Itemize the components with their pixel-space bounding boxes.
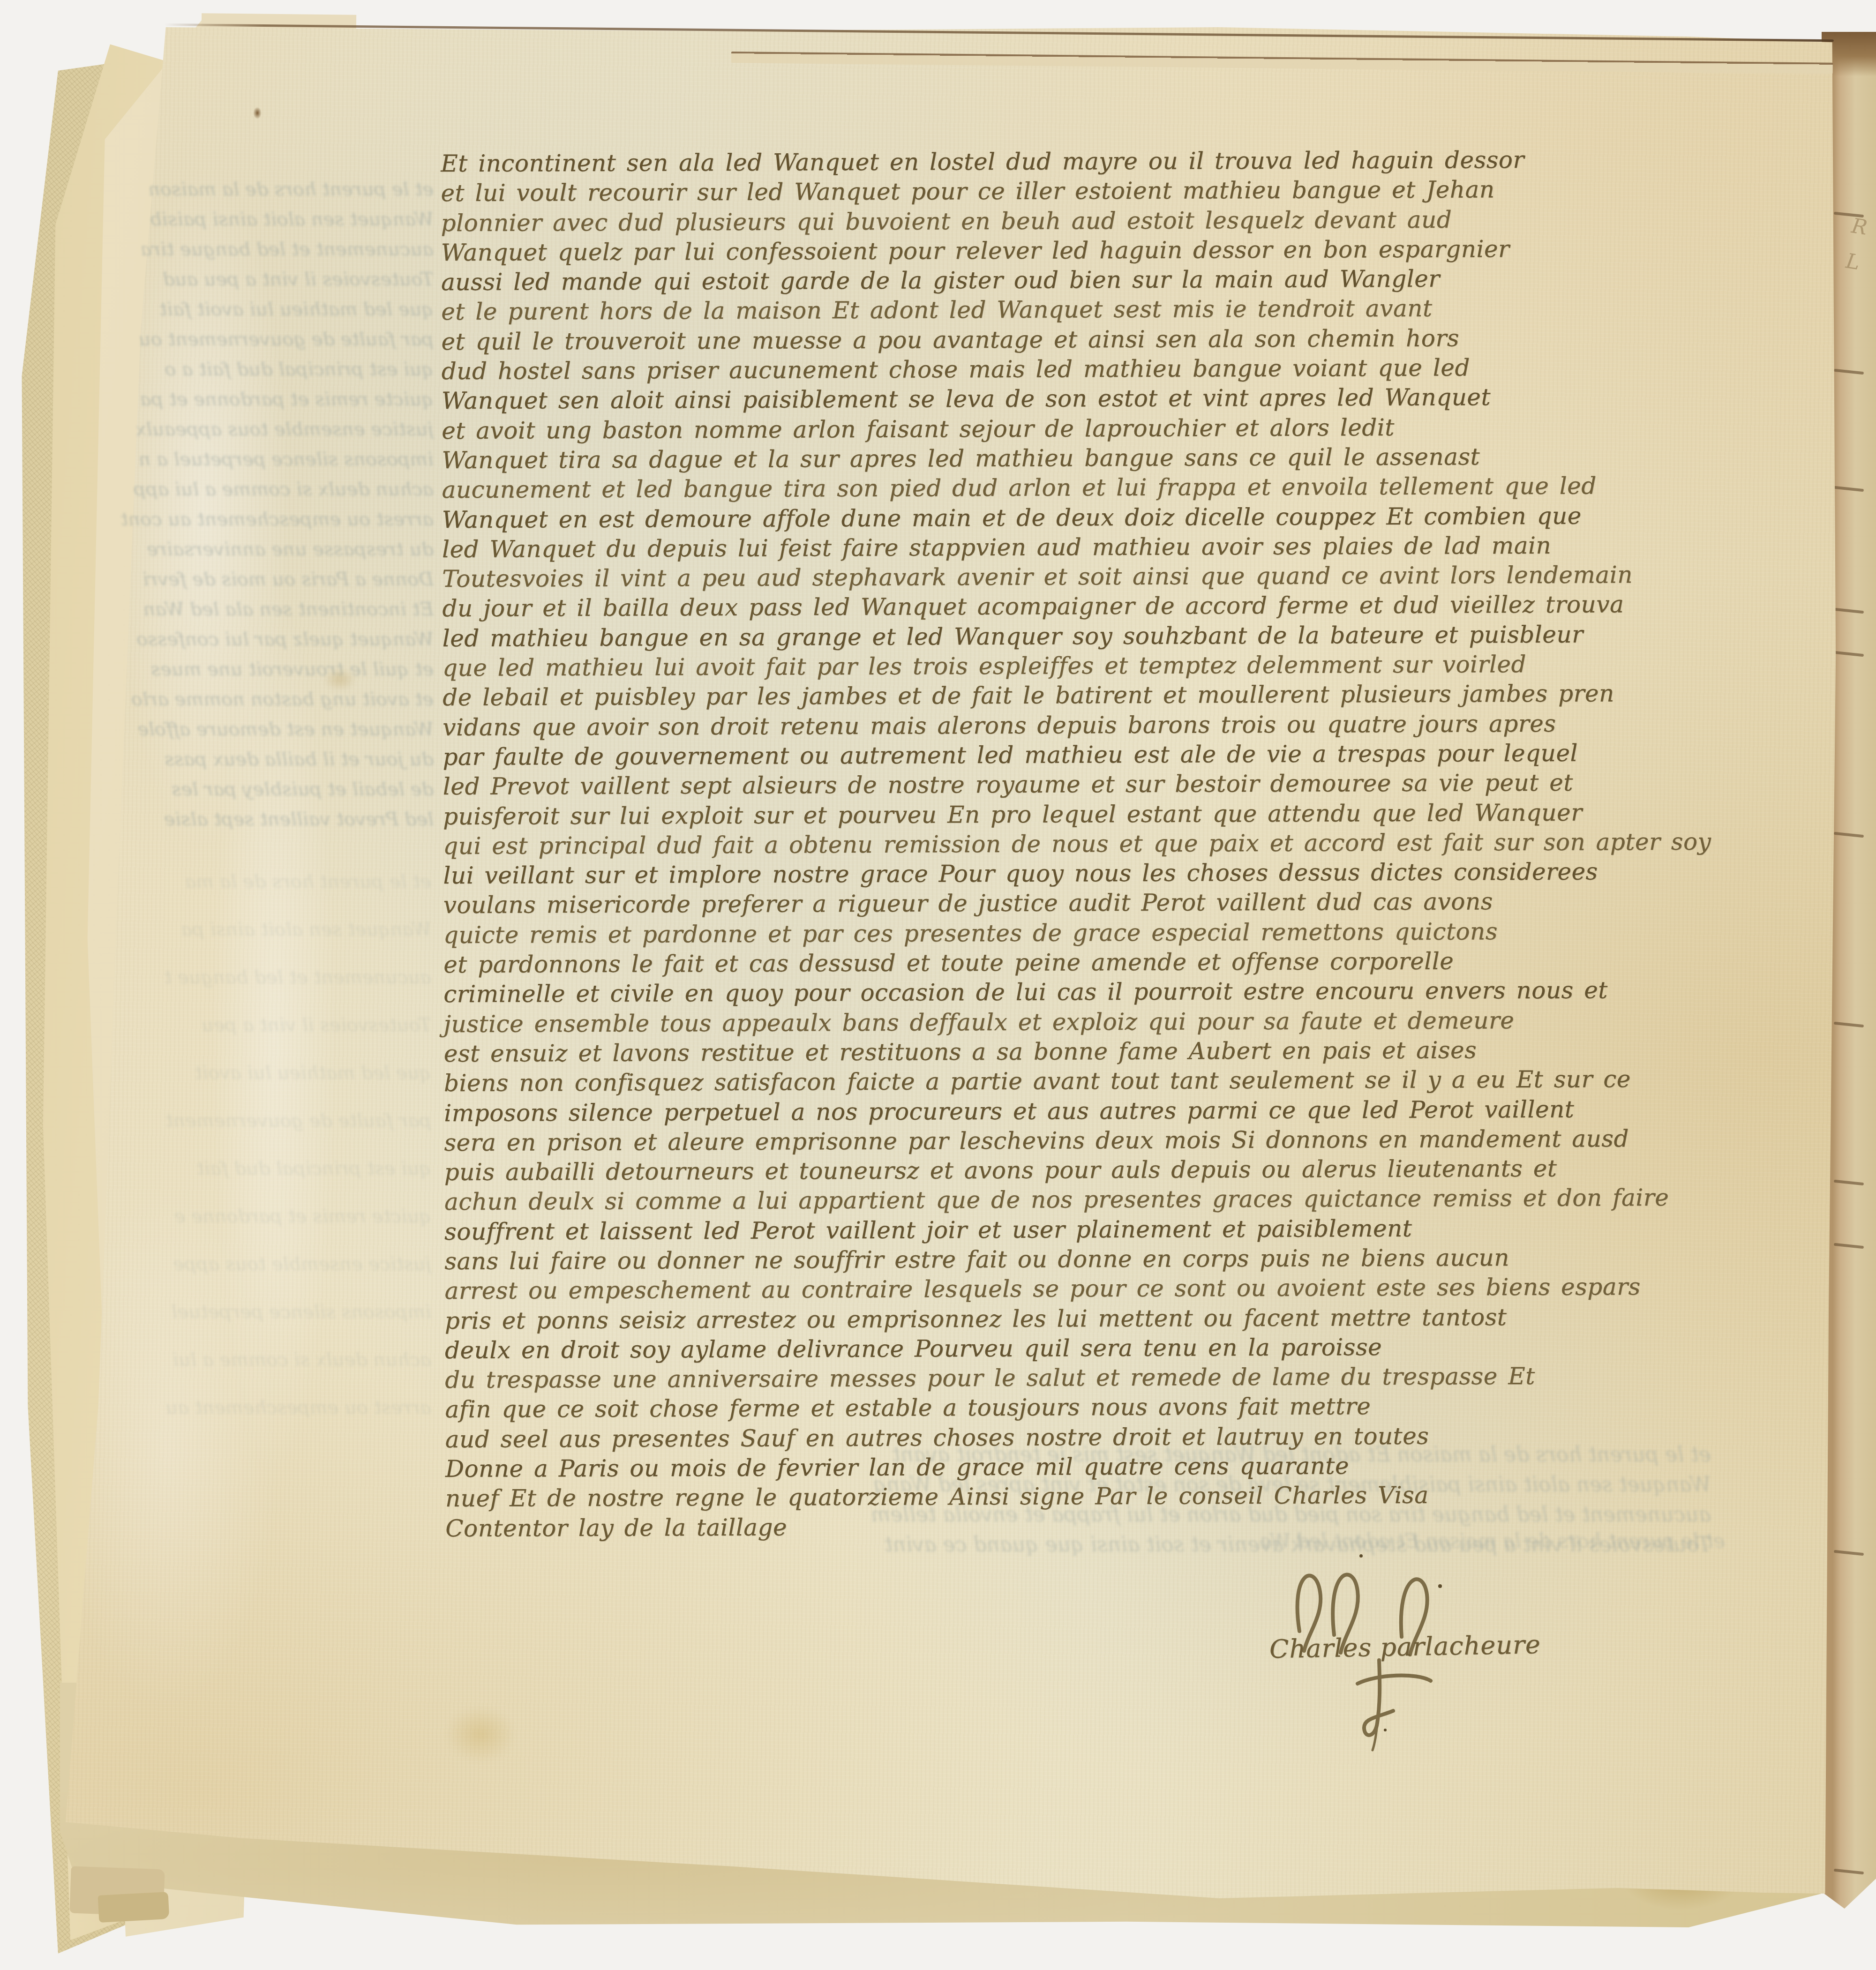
- showthrough-line: du jour et il bailla deux pass: [110, 744, 434, 774]
- signature-paraph-icon: [1358, 1676, 1431, 1684]
- ink-stain: [253, 107, 262, 119]
- manuscript-text-line: que led mathieu lui avoit fait par les t…: [443, 649, 1703, 683]
- showthrough-line: et quil le trouveroit une mues: [110, 654, 434, 684]
- stitch-slit: [1834, 608, 1864, 614]
- showthrough-line: Et incontinent sen ala led Wan: [110, 594, 434, 624]
- manuscript-text-line: et le purent hors de la maison Et adont …: [441, 293, 1702, 327]
- manuscript-text-line: et lui voult recourir sur led Wanquet po…: [441, 174, 1702, 209]
- showthrough-line: et avoit ung baston nomme arlo: [110, 684, 434, 714]
- showthrough-line: que led mathieu lui avoit fait: [110, 294, 434, 324]
- manuscript-text-line: Wanquet tira sa dague et la sur apres le…: [442, 442, 1703, 476]
- showthrough-line: justice ensemble tous appeaulx: [110, 414, 434, 444]
- stitch-slit: [1834, 1550, 1864, 1556]
- scan-background: { "colors": { "scan_background": "#f3f2e…: [0, 0, 1876, 1970]
- showthrough-line: arrest ou empeschement au: [131, 1384, 431, 1431]
- showthrough-line: quicte remis et pardonne et pa: [110, 384, 434, 414]
- showthrough-line: imposons silence perpetuel: [131, 1288, 431, 1336]
- manuscript-text-line: aucunement et led bangue tira son pied d…: [442, 471, 1703, 505]
- manuscript-text-line: criminelle et civile en quoy pour occasi…: [443, 975, 1704, 1010]
- manuscript-text-line: vidans que avoir son droit retenu mais a…: [443, 708, 1703, 742]
- manuscript-text-line: dud hostel sans priser aucunement chose …: [442, 352, 1703, 387]
- showthrough-line: par faulte de gouvernement ou: [110, 324, 434, 354]
- showthrough-line: qui est principal dud fait: [131, 1145, 431, 1192]
- stitch-slit: [1834, 1869, 1864, 1875]
- manuscript-text-line: aud seel aus presentes Sauf en autres ch…: [445, 1420, 1706, 1454]
- manuscript-text-line: biens non confisquez satisfacon faicte a…: [444, 1064, 1705, 1099]
- manuscript-text-line: Et incontinent sen ala led Wanquet en lo…: [441, 145, 1702, 179]
- parchment-stain: [323, 668, 356, 691]
- signature-name: Charles parlacheure: [1269, 1630, 1541, 1664]
- manuscript-text-line: et pardonnons le fait et cas dessusd et …: [443, 946, 1704, 980]
- manuscript-text-line: de lebail et puisbley par les jambes et …: [443, 679, 1703, 713]
- manuscript-text-line: afin que ce soit chose ferme et estable …: [445, 1391, 1706, 1425]
- showthrough-line: led Prevot vaillent sept alsie: [110, 804, 434, 834]
- manuscript-text-line: Wanquet sen aloit ainsi paisiblement se …: [442, 382, 1703, 416]
- manuscript-text-line: sans lui faire ou donner ne souffrir est…: [444, 1243, 1705, 1277]
- manuscript-text-line: Wanquet en est demoure affole dune main …: [442, 501, 1703, 535]
- manuscript-text-line: led Prevot vaillent sept alsieurs de nos…: [443, 768, 1704, 802]
- manuscript-text-line: imposons silence perpetuel a nos procure…: [444, 1094, 1705, 1128]
- showthrough-text-left-lower: et le purent hors de la maWanquet sen al…: [131, 858, 431, 1431]
- manuscript-text-line: plonnier avec dud plusieurs qui buvoient…: [441, 204, 1702, 238]
- stitch-slit: [1834, 1243, 1864, 1249]
- manuscript-text-line: du jour et il bailla deux pass led Wanqu…: [442, 590, 1703, 624]
- manuscript-text-line: sera en prison et aleure emprisonne par …: [444, 1124, 1705, 1158]
- showthrough-line: Wanquet en est demoure affole: [110, 714, 434, 744]
- manuscript-text-line: puis aubailli detourneurs et touneursz e…: [444, 1154, 1705, 1188]
- showthrough-line: et le purent hors de la ma: [131, 858, 431, 906]
- showthrough-line: du trespasse une anniversaire: [110, 534, 434, 564]
- showthrough-line: achun deulx si comme a lui: [131, 1336, 431, 1384]
- manuscript-text-line: par faulte de gouvernement ou autrement …: [443, 738, 1703, 772]
- parchment-stain: [445, 1706, 516, 1762]
- manuscript-text-line: led mathieu bangue en sa grange et led W…: [443, 619, 1703, 653]
- manuscript-text-line: nuef Et de nostre regne le quatorzieme A…: [445, 1480, 1706, 1514]
- gutter-margin-letters: R L: [1843, 208, 1870, 281]
- manuscript-text-line: Wanquet quelz par lui confessoient pour …: [441, 233, 1702, 268]
- manuscript-text-line: led Wanquet du depuis lui feist faire st…: [442, 530, 1703, 564]
- manuscript-text-line: souffrent et laissent led Perot vaillent…: [444, 1213, 1705, 1247]
- showthrough-line: Toutesvoies il vint a peu aud: [110, 264, 434, 294]
- manuscript-text-line: du trespasse une anniversaire messes pou…: [445, 1361, 1706, 1395]
- manuscript-text-line: Donne a Paris ou mois de fevrier lan de …: [445, 1450, 1706, 1484]
- stitch-slit: [1834, 651, 1864, 657]
- showthrough-line: Wanquet sen aloit ainsi paisib: [110, 204, 434, 234]
- manuscript-text-line: justice ensemble tous appeaulx bans deff…: [443, 1005, 1704, 1039]
- manuscript-text-line: Contentor lay de la taillage: [445, 1509, 1706, 1543]
- stitch-slit: [1834, 369, 1864, 375]
- showthrough-line: de lebail et puisbley par les: [110, 774, 434, 804]
- manuscript-text-line: achun deulx si comme a lui appartient qu…: [444, 1183, 1705, 1217]
- showthrough-line: Donne a Paris ou mois de fevri: [110, 564, 434, 594]
- ink-speck: [1359, 1554, 1363, 1558]
- showthrough-line: Wanquet sen aloit ainsi pa: [131, 906, 431, 953]
- stitch-slit: [1834, 832, 1864, 838]
- showthrough-line: Wanquet quelz par lui confesso: [110, 624, 434, 654]
- manuscript-text-line: puisferoit sur lui exploit sur et pourve…: [443, 797, 1704, 831]
- margin-letter-l: L: [1843, 243, 1864, 281]
- showthrough-line: arrest ou empeschement au cont: [110, 504, 434, 534]
- manuscript-text-line: arrest ou empeschement au contraire lesq…: [444, 1272, 1705, 1306]
- showthrough-line: quicte remis et pardonne e: [131, 1192, 431, 1240]
- showthrough-line: Toutesvoies il vint a peu: [131, 1001, 431, 1049]
- showthrough-line: justice ensemble tous appe: [131, 1240, 431, 1288]
- manuscript-text-line: Toutesvoies il vint a peu aud stephavark…: [442, 560, 1703, 594]
- showthrough-line: que led mathieu lui avoit: [131, 1049, 431, 1097]
- showthrough-line: et le purent hors de la maison: [110, 174, 434, 204]
- manuscript-text-line: qui est principal dud fait a obtenu remi…: [443, 827, 1704, 861]
- stitch-slit: [1834, 486, 1864, 492]
- text-block: Et incontinent sen ala led Wanquet en lo…: [441, 145, 1706, 1543]
- showthrough-line: imposons silence perpetuel a n: [110, 444, 434, 474]
- manuscript-text-line: voulans misericorde preferer a rigueur d…: [443, 886, 1704, 921]
- showthrough-line: aucunement et led bangue tira: [110, 234, 434, 264]
- manuscript-text-line: lui veillant sur et implore nostre grace…: [443, 857, 1704, 891]
- showthrough-line: achun deulx si comme a lui app: [110, 474, 434, 504]
- under-folio-tab: [98, 1892, 170, 1923]
- showthrough-line: par faulte de gouvernement: [131, 1097, 431, 1145]
- manuscript-text-line: deulx en droit soy aylame delivrance Pou…: [445, 1331, 1706, 1365]
- manuscript-text-line: et avoit ung baston nomme arlon faisant …: [442, 412, 1703, 446]
- manuscript-text-line: et quil le trouveroit une muesse a pou a…: [441, 322, 1702, 357]
- stitch-slit: [1834, 1022, 1864, 1028]
- manuscript-text-line: est ensuiz et lavons restitue et restitu…: [444, 1035, 1705, 1069]
- signature-block: Charles parlacheure: [1261, 1561, 1505, 1753]
- showthrough-text-left: et le purent hors de la maisonWanquet se…: [110, 174, 434, 834]
- manuscript-text-line: pris et ponns seisiz arrestez ou empriso…: [445, 1302, 1706, 1336]
- showthrough-line: aucunement et led bangue t: [131, 953, 431, 1001]
- signature-paraph-icon: [1364, 1660, 1393, 1735]
- manuscript-text-line: aussi led mande qui estoit garde de la g…: [441, 263, 1702, 298]
- stitch-slit: [1834, 1180, 1864, 1186]
- showthrough-line: qui est principal dud fait a o: [110, 354, 434, 384]
- manuscript-text-line: quicte remis et pardonne et par ces pres…: [443, 916, 1704, 950]
